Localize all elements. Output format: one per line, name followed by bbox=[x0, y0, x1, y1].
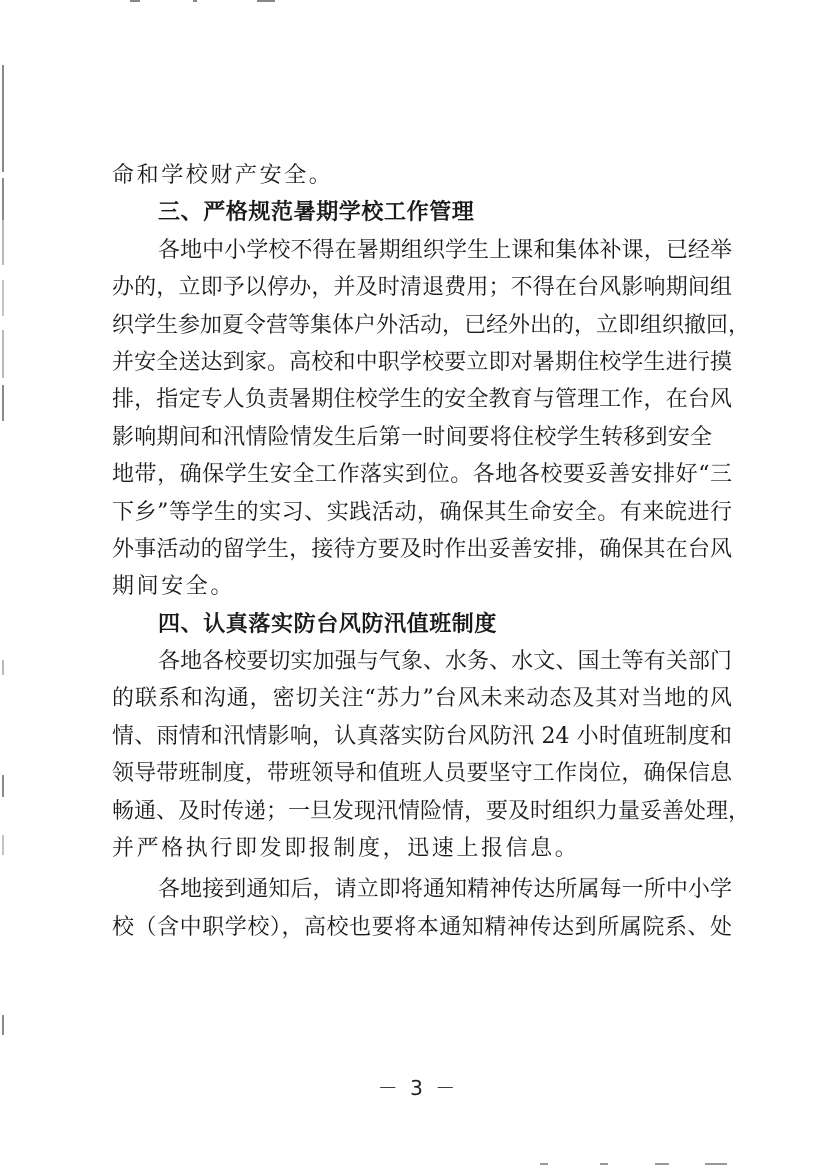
body-text-line: 的联系和沟通，密切关注“苏力”台风未来动态及其对当地的风 bbox=[112, 680, 732, 717]
scan-bottom-artifact bbox=[705, 1163, 727, 1165]
body-text-line: 并严格执行即发即报制度，迅速上报信息。 bbox=[112, 830, 732, 867]
body-text-line: 下乡”等学生的实习、实践活动，确保其生命安全。有来皖进行 bbox=[112, 494, 732, 531]
scan-bottom-artifact bbox=[540, 1163, 548, 1165]
body-text-line: 命和学校财产安全。 bbox=[112, 157, 732, 194]
body-text-line: 各地各校要切实加强与气象、水务、水文、国土等有关部门 bbox=[112, 643, 732, 680]
body-text-line: 各地中小学校不得在暑期组织学生上课和集体补课，已经举 bbox=[112, 232, 732, 269]
closing-paragraph: 各地接到通知后，请立即将通知精神传达所属每一所中小学 校（含中职学校），高校也要… bbox=[112, 871, 732, 946]
body-text-line: 排，指定专人负责暑期住校学生的安全教育与管理工作，在台风 bbox=[112, 381, 732, 418]
body-text-line: 外事活动的留学生，接待方要及时作出妥善安排，确保其在台风 bbox=[112, 531, 732, 568]
scan-edge-artifact bbox=[2, 835, 4, 855]
body-text-line: 领导带班制度，带班领导和值班人员要坚守工作岗位，确保信息 bbox=[112, 755, 732, 792]
body-text-line: 织学生参加夏令营等集体户外活动，已经外出的，立即组织撤回， bbox=[112, 307, 732, 344]
section-3-body: 各地中小学校不得在暑期组织学生上课和集体补课，已经举 办的，立即予以停办，并及时… bbox=[112, 232, 732, 606]
body-text-line: 并安全送达到家。高校和中职学校要立即对暑期住校学生进行摸 bbox=[112, 344, 732, 381]
body-text-line: 影响期间和汛情险情发生后第一时间要将住校学生转移到安全 bbox=[112, 419, 712, 456]
scan-edge-artifact bbox=[2, 660, 4, 675]
section-4-body: 各地各校要切实加强与气象、水务、水文、国土等有关部门 的联系和沟通，密切关注“苏… bbox=[112, 643, 732, 867]
body-text-line: 各地接到通知后，请立即将通知精神传达所属每一所中小学 bbox=[112, 871, 732, 908]
scan-edge-artifact bbox=[2, 92, 4, 172]
scan-edge-artifact bbox=[2, 330, 4, 378]
scan-top-artifact bbox=[193, 0, 197, 2]
section-heading-3: 三、严格规范暑期学校工作管理 bbox=[112, 194, 732, 231]
document-page: 命和学校财产安全。 三、严格规范暑期学校工作管理 各地中小学校不得在暑期组织学生… bbox=[112, 157, 732, 946]
scan-bottom-artifact bbox=[600, 1163, 608, 1165]
section-heading-4: 四、认真落实防台风防汛值班制度 bbox=[112, 606, 732, 643]
body-text-line: 校（含中职学校），高校也要将本通知精神传达到所属院系、处 bbox=[112, 909, 732, 946]
scan-top-artifact bbox=[257, 0, 275, 2]
scan-edge-artifact bbox=[2, 385, 4, 421]
scan-edge-artifact bbox=[2, 280, 4, 316]
scan-bottom-artifact bbox=[655, 1163, 669, 1165]
scan-edge-artifact bbox=[2, 178, 4, 220]
body-text-line: 畅通、及时传递；一旦发现汛情险情，要及时组织力量妥善处理， bbox=[112, 793, 732, 830]
body-text-line: 期间安全。 bbox=[112, 568, 732, 605]
scan-top-artifact bbox=[130, 0, 140, 2]
scan-edge-artifact bbox=[2, 775, 4, 797]
page-number: － 3 － bbox=[0, 1072, 836, 1101]
body-text-line: 地带，确保学生安全工作落实到位。各地各校要妥善安排好“三 bbox=[112, 456, 732, 493]
body-text-line: 办的，立即予以停办，并及时清退费用；不得在台风影响期间组 bbox=[112, 269, 732, 306]
body-text-line: 情、雨情和汛情影响，认真落实防台风防汛 24 小时值班制度和 bbox=[112, 718, 732, 755]
scan-edge-artifact bbox=[2, 1015, 4, 1035]
scan-edge-artifact bbox=[2, 220, 4, 265]
